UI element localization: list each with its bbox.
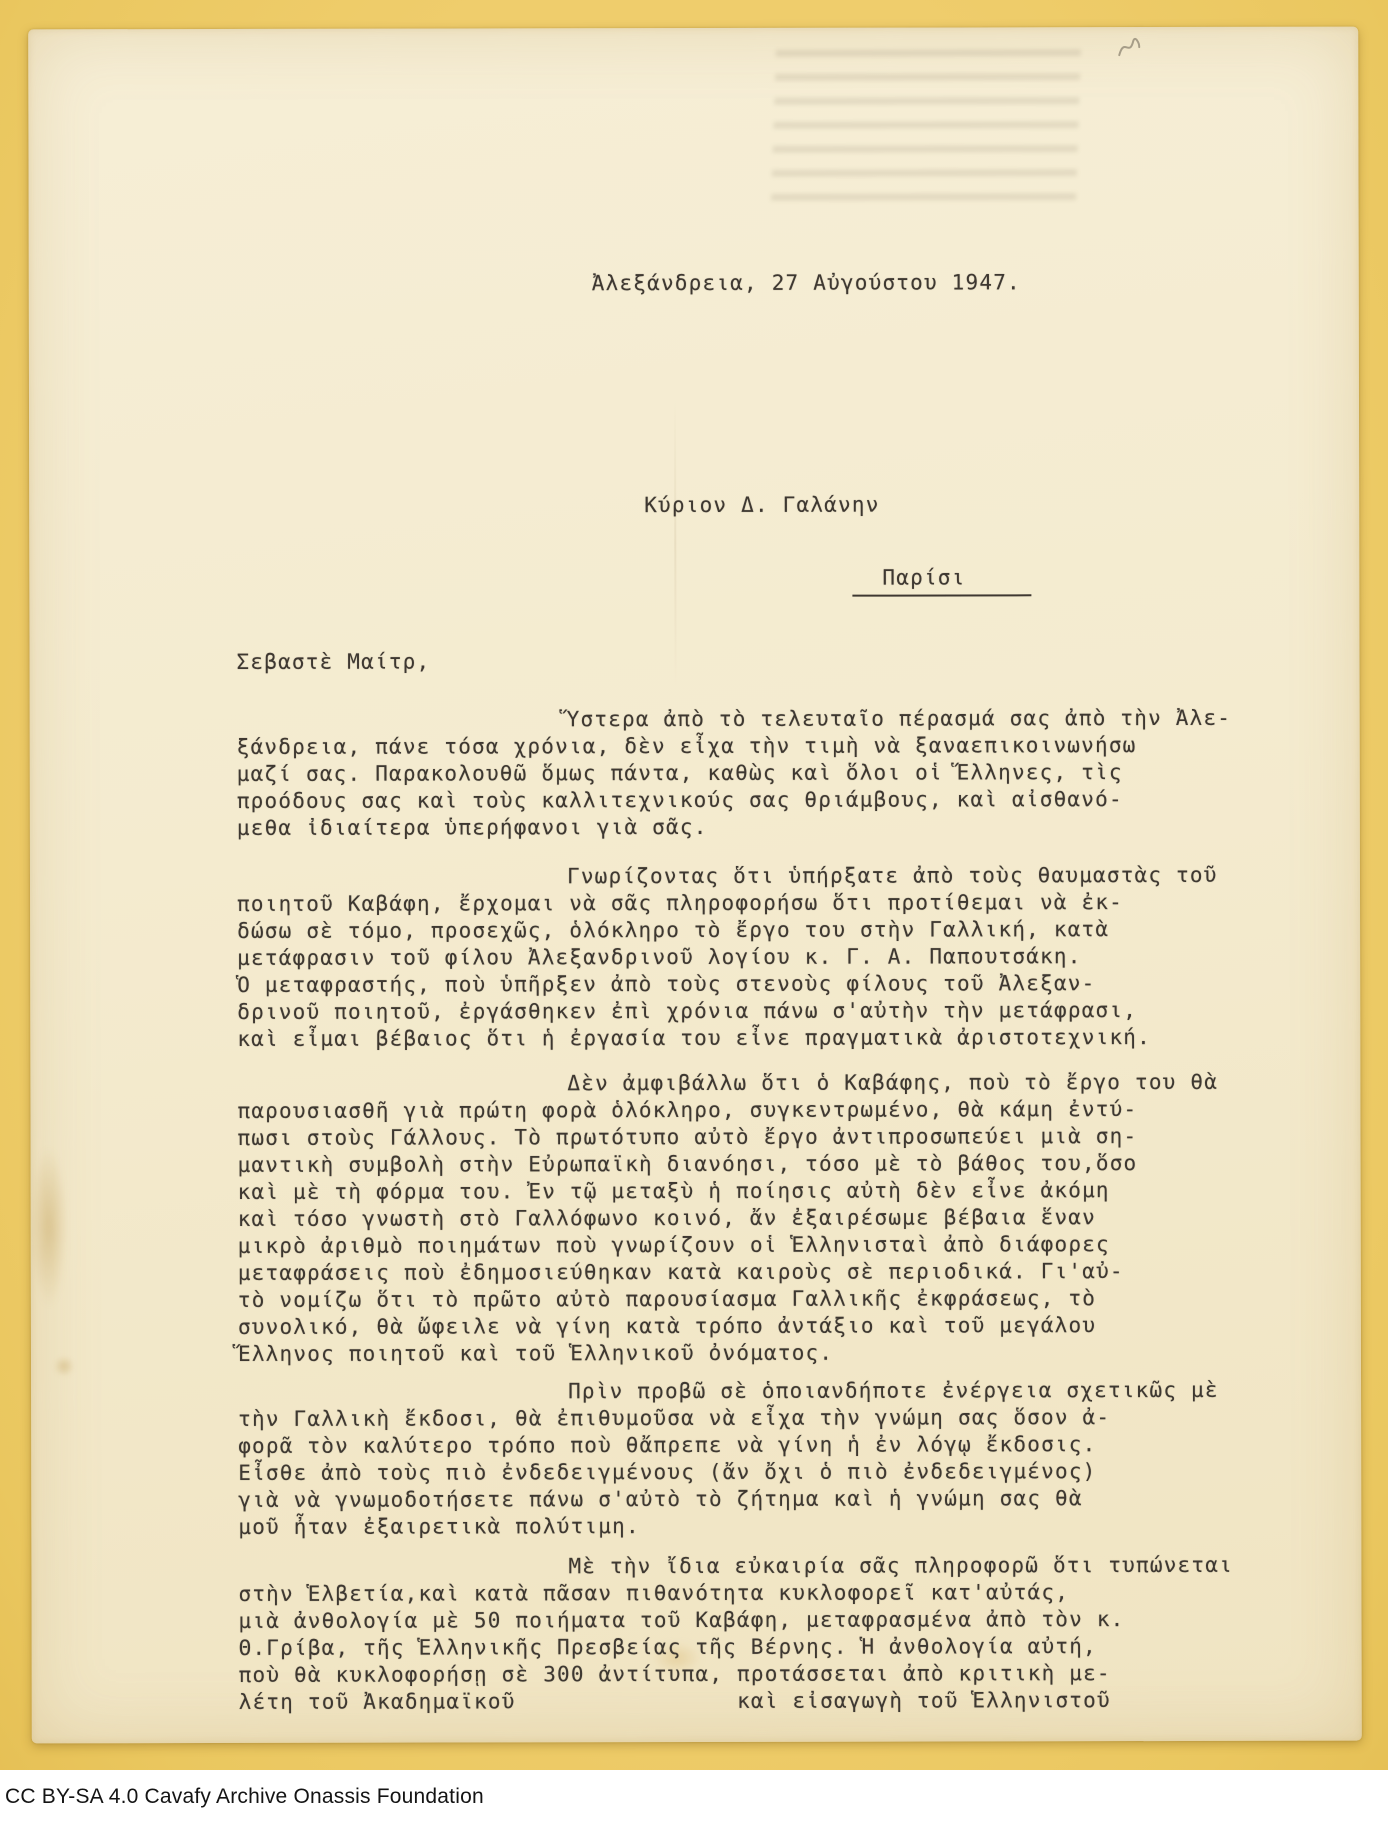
body-paragraph-4: Πρὶν προβῶ σὲ ὁποιανδήποτε ἐνέργεια σχετ… bbox=[238, 1377, 1219, 1541]
pencil-mark bbox=[1116, 33, 1142, 61]
recipient-city: Παρίσι bbox=[769, 537, 1031, 624]
salutation: Σεβαστὲ Μαίτρ, bbox=[237, 649, 431, 676]
paper-crease bbox=[674, 398, 677, 688]
letter-scan: Ἀλεξάνδρεια, 27 Αὐγούστου 1947. Κύριον Δ… bbox=[0, 0, 1388, 1824]
body-paragraph-2: Γνωρίζοντας ὅτι ὑπήρξατε ἀπὸ τοὺς θαυμασ… bbox=[237, 862, 1218, 1053]
body-paragraph-3: Δὲν ἀμφιβάλλω ὅτι ὁ Καβάφης, ποὺ τὸ ἔργο… bbox=[237, 1069, 1218, 1368]
dateline: Ἀλεξάνδρεια, 27 Αὐγούστου 1947. bbox=[592, 269, 1021, 297]
letter-page: Ἀλεξάνδρεια, 27 Αὐγούστου 1947. Κύριον Δ… bbox=[28, 27, 1362, 1744]
ink-bleedthrough-artifact bbox=[771, 49, 1081, 205]
paper-stain bbox=[49, 1351, 79, 1381]
body-paragraph-1: Ὕστερα ἀπὸ τὸ τελευταῖο πέρασμά σας ἀπὸ … bbox=[237, 705, 1232, 842]
recipient-city-label: Παρίσι bbox=[852, 564, 1031, 596]
paper-stain bbox=[22, 1114, 74, 1339]
license-attribution: CC BY-SA 4.0 Cavafy Archive Onassis Foun… bbox=[0, 1785, 484, 1809]
body-paragraph-5: Μὲ τὴν ἴδια εὐκαιρία σᾶς πληροφορῶ ὅτι τ… bbox=[238, 1552, 1233, 1716]
recipient-name: Κύριον Δ. Γαλάνην bbox=[644, 492, 879, 519]
license-bar: CC BY-SA 4.0 Cavafy Archive Onassis Foun… bbox=[0, 1770, 1388, 1824]
